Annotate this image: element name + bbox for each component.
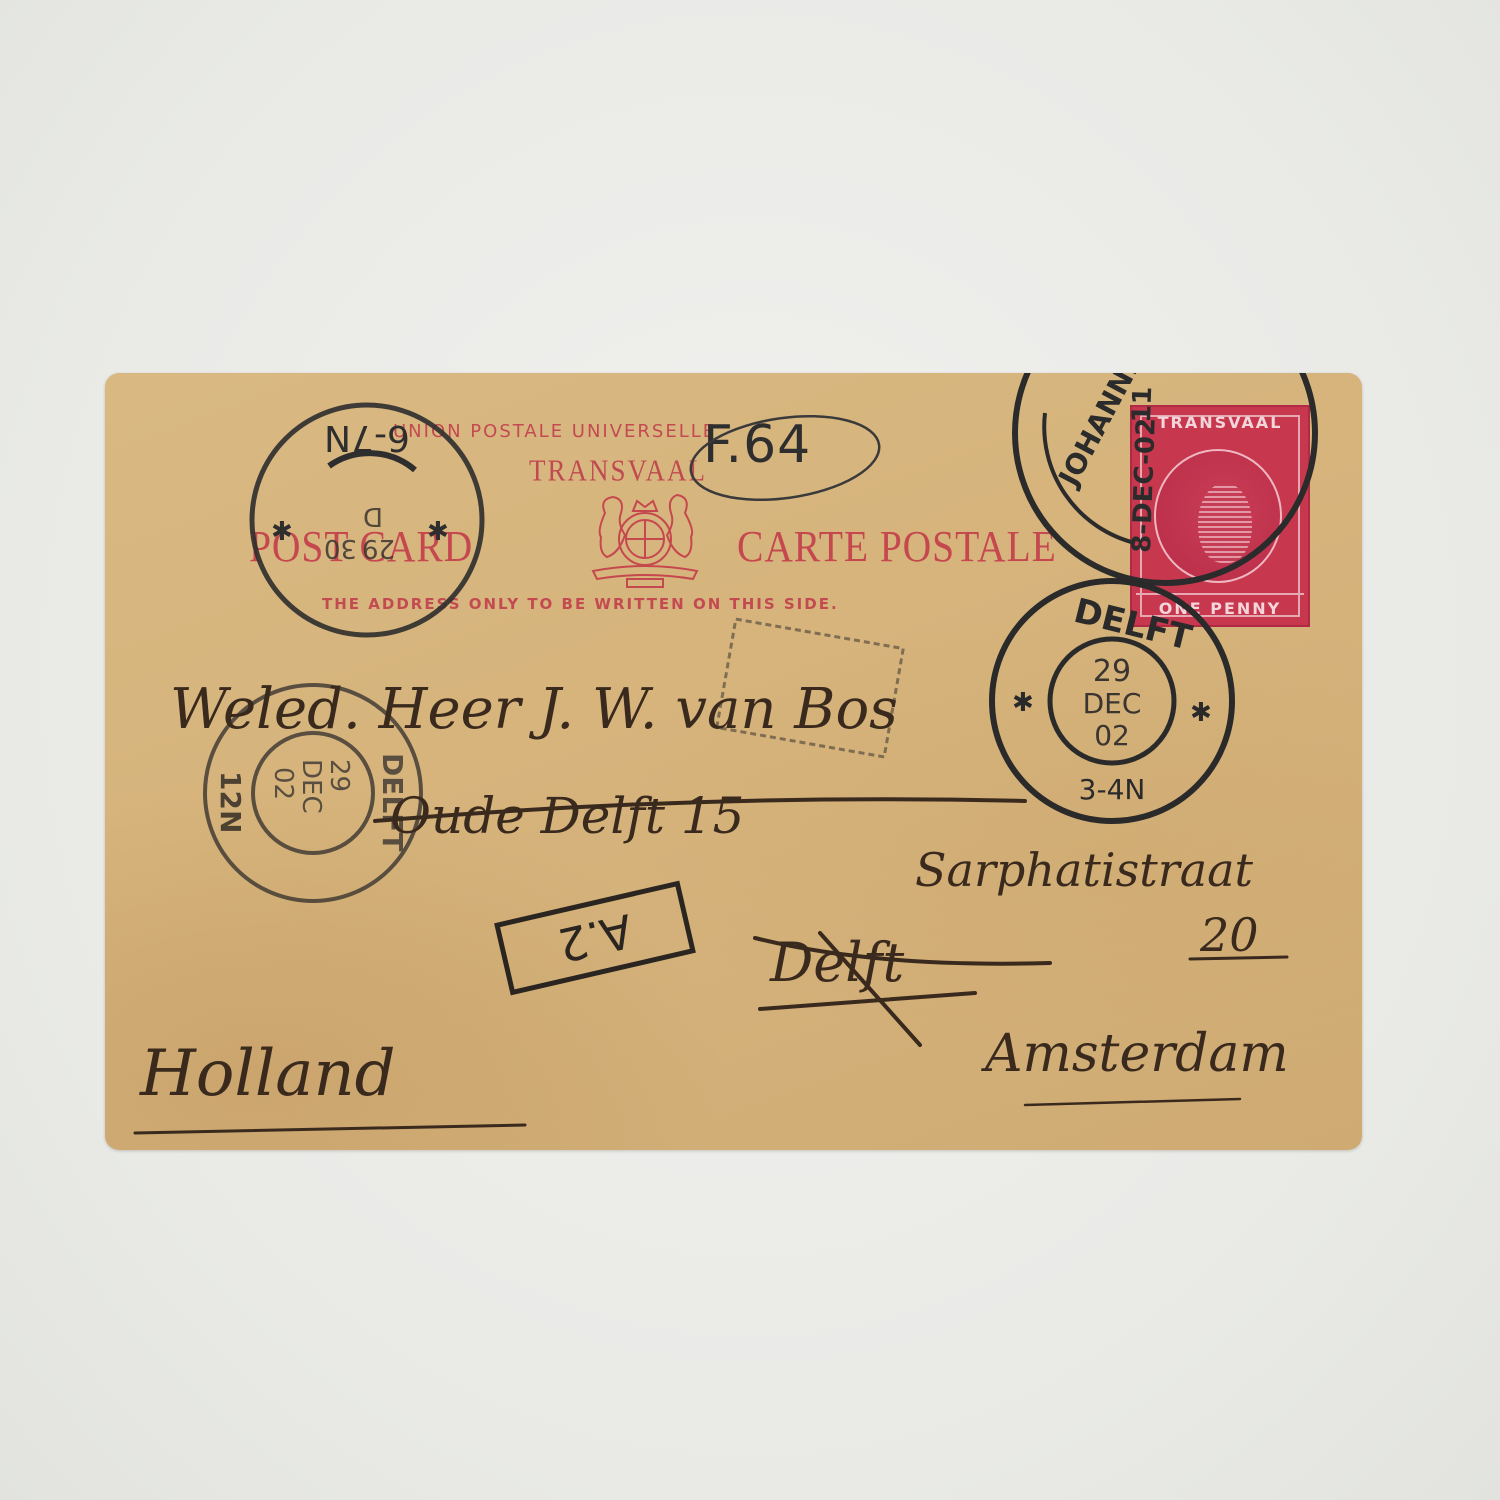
addressee-line: Weled. Heer J. W. van Bos: [170, 677, 898, 742]
handwriting-layer: Weled. Heer J. W. van Bos Oude Delft 15 …: [105, 373, 1362, 1150]
street-line: Sarphatistraat: [915, 843, 1254, 897]
new-city: Amsterdam: [981, 1024, 1289, 1084]
country-line: Holland: [139, 1037, 396, 1111]
postcard: UNION POSTALE UNIVERSELLE TRANSVAAL POST…: [105, 373, 1362, 1150]
struck-city: Delft: [769, 931, 905, 994]
house-number: 20: [1199, 908, 1259, 962]
